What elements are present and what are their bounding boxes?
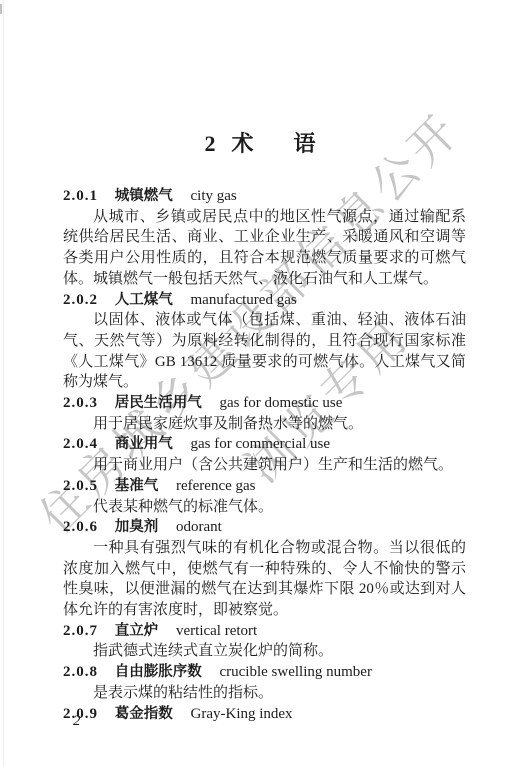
term-entry: 2.0.4 商业用气 gas for commercial use 用于商业用户… bbox=[63, 434, 466, 475]
scan-speck bbox=[0, 4, 2, 14]
term-en: Gray-King index bbox=[191, 706, 293, 722]
term-heading: 2.0.1 城镇燃气 city gas bbox=[63, 186, 466, 207]
term-definition: 是表示煤的粘结性的指标。 bbox=[63, 683, 466, 704]
term-en: gas for domestic use bbox=[220, 395, 343, 411]
term-heading: 2.0.8 自由膨胀序数 crucible swelling number bbox=[63, 662, 466, 683]
term-number: 2.0.4 bbox=[63, 436, 98, 452]
term-entry: 2.0.1 城镇燃气 city gas 从城市、乡镇或居民点中的地区性气源点，通… bbox=[63, 186, 466, 290]
term-zh: 商业用气 bbox=[115, 436, 173, 452]
term-zh: 基准气 bbox=[115, 478, 159, 494]
term-entry: 2.0.6 加臭剂 odorant 一种具有强烈气味的有机化合物或混合物。当以很… bbox=[63, 517, 466, 621]
term-definition: 代表某种燃气的标准气体。 bbox=[63, 497, 466, 518]
term-heading: 2.0.6 加臭剂 odorant bbox=[63, 517, 466, 538]
term-number: 2.0.6 bbox=[63, 519, 98, 535]
term-heading: 2.0.7 直立炉 vertical retort bbox=[63, 621, 466, 642]
term-definition: 用于商业用户（含公共建筑用户）生产和生活的燃气。 bbox=[63, 455, 466, 476]
term-number: 2.0.2 bbox=[63, 292, 98, 308]
chapter-title: 2术 语 bbox=[0, 127, 529, 158]
term-en: manufactured gas bbox=[191, 292, 297, 308]
term-zh: 葛金指数 bbox=[115, 706, 173, 722]
term-number: 2.0.8 bbox=[63, 664, 98, 680]
terminology-list: 2.0.1 城镇燃气 city gas 从城市、乡镇或居民点中的地区性气源点，通… bbox=[63, 186, 466, 724]
term-heading: 2.0.9 葛金指数 Gray-King index bbox=[63, 704, 466, 725]
term-en: vertical retort bbox=[176, 623, 257, 639]
term-definition: 一种具有强烈气味的有机化合物或混合物。当以很低的浓度加入燃气中，使燃气有一种特殊… bbox=[63, 538, 466, 621]
document-page: 住房城乡建设部信息公开 浏览专用 2术 语 2.0.1 城镇燃气 city ga… bbox=[0, 0, 529, 766]
term-zh: 居民生活用气 bbox=[115, 395, 202, 411]
scan-edge-line bbox=[3, 0, 4, 766]
chapter-number: 2 bbox=[204, 131, 215, 156]
term-entry: 2.0.3 居民生活用气 gas for domestic use 用于居民家庭… bbox=[63, 393, 466, 434]
term-heading: 2.0.2 人工煤气 manufactured gas bbox=[63, 290, 466, 311]
term-definition: 用于居民家庭炊事及制备热水等的燃气。 bbox=[63, 414, 466, 435]
term-entry: 2.0.8 自由膨胀序数 crucible swelling number 是表… bbox=[63, 662, 466, 703]
term-definition: 从城市、乡镇或居民点中的地区性气源点，通过输配系统供给居民生活、商业、工业企业生… bbox=[63, 207, 466, 290]
term-en: crucible swelling number bbox=[220, 664, 372, 680]
term-number: 2.0.1 bbox=[63, 188, 98, 204]
term-zh: 加臭剂 bbox=[115, 519, 159, 535]
term-entry: 2.0.7 直立炉 vertical retort 指武德式连续式直立炭化炉的简… bbox=[63, 621, 466, 662]
term-number: 2.0.3 bbox=[63, 395, 98, 411]
page-number: 2 bbox=[73, 713, 81, 730]
term-definition: 指武德式连续式直立炭化炉的简称。 bbox=[63, 641, 466, 662]
term-number: 2.0.5 bbox=[63, 478, 98, 494]
term-zh: 人工煤气 bbox=[115, 292, 173, 308]
term-entry: 2.0.9 葛金指数 Gray-King index bbox=[63, 704, 466, 725]
term-definition: 以固体、液体或气体（包括煤、重油、轻油、液体石油气、天然气等）为原料经转化制得的… bbox=[63, 310, 466, 393]
term-en: odorant bbox=[176, 519, 222, 535]
term-entries-container: 2.0.1 城镇燃气 city gas 从城市、乡镇或居民点中的地区性气源点，通… bbox=[63, 186, 466, 724]
term-entry: 2.0.2 人工煤气 manufactured gas 以固体、液体或气体（包括… bbox=[63, 290, 466, 394]
chapter-name: 术 语 bbox=[231, 131, 324, 156]
term-zh: 直立炉 bbox=[115, 623, 159, 639]
term-heading: 2.0.5 基准气 reference gas bbox=[63, 476, 466, 497]
term-heading: 2.0.3 居民生活用气 gas for domestic use bbox=[63, 393, 466, 414]
term-en: reference gas bbox=[176, 478, 256, 494]
term-zh: 城镇燃气 bbox=[115, 188, 173, 204]
term-zh: 自由膨胀序数 bbox=[115, 664, 202, 680]
term-en: gas for commercial use bbox=[191, 436, 331, 452]
term-en: city gas bbox=[191, 188, 237, 204]
term-entry: 2.0.5 基准气 reference gas 代表某种燃气的标准气体。 bbox=[63, 476, 466, 517]
term-heading: 2.0.4 商业用气 gas for commercial use bbox=[63, 434, 466, 455]
term-number: 2.0.7 bbox=[63, 623, 98, 639]
